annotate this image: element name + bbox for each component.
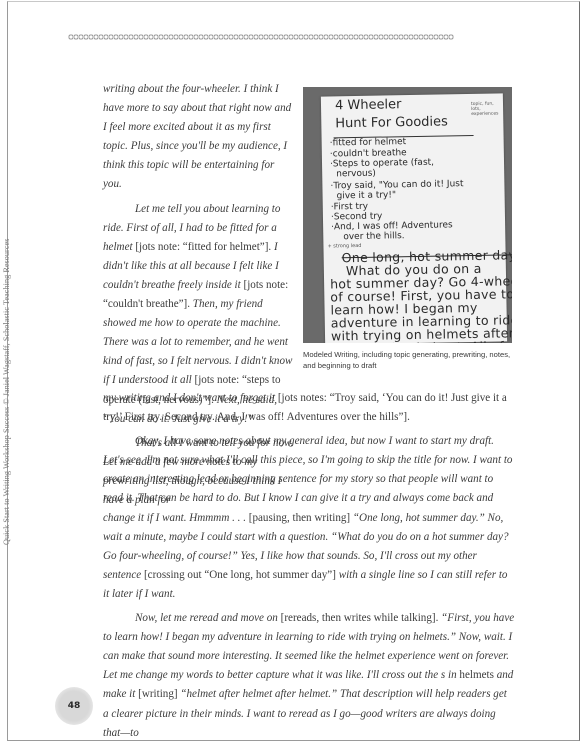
chart-title-line2: Hunt For Goodies bbox=[335, 114, 448, 131]
margin-note: + strong lead bbox=[327, 243, 361, 250]
corner-note: topic, fun, lots, experiences bbox=[471, 101, 501, 117]
copyright-credit: Quick Start to Writing Workshop Success … bbox=[2, 205, 11, 545]
page-number-badge: 48 bbox=[55, 687, 93, 725]
paragraph-3-continued: my writing and I don't want to forget it… bbox=[103, 389, 515, 427]
chart-title-line1: 4 Wheeler bbox=[335, 97, 402, 113]
chart-paper: 4 Wheeler Hunt For Goodies topic, fun, l… bbox=[321, 93, 507, 343]
page-number: 48 bbox=[68, 701, 81, 711]
full-width-text: my writing and I don't want to forget it… bbox=[103, 389, 515, 743]
paragraph-5: Now, let me reread and move on [rereads,… bbox=[103, 609, 515, 743]
photo-caption: Modeled Writing, including topic generat… bbox=[303, 349, 518, 372]
decorative-border-rule bbox=[68, 33, 454, 41]
modeled-writing-photo: 4 Wheeler Hunt For Goodies topic, fun, l… bbox=[303, 87, 512, 343]
paragraph-1: writing about the four-wheeler. I think … bbox=[103, 80, 295, 195]
paragraph-4: Okay, I have some notes about my general… bbox=[103, 432, 515, 604]
